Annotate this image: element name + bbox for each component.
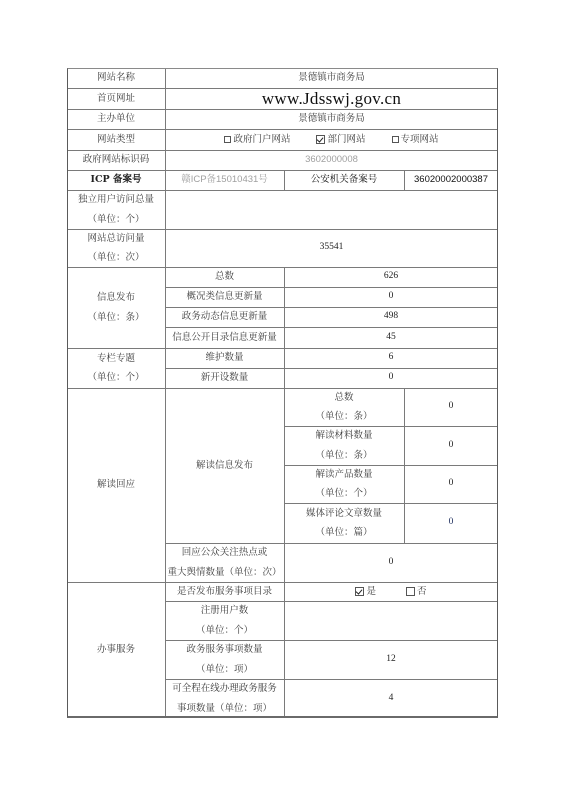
sponsor-label: 主办单位: [67, 109, 165, 129]
unit-text: （单位：次）: [87, 248, 144, 268]
service-catalog-no[interactable]: 否: [406, 582, 427, 602]
services-label: 办事服务: [67, 582, 165, 718]
label-text: 政务服务事项数量: [186, 640, 262, 660]
gov-site-id-value: 3602000008: [165, 150, 498, 170]
interp-media-value: 0: [404, 503, 498, 543]
unit-text: （单位：个）: [87, 210, 144, 230]
unit-text: （单位：个）: [315, 484, 372, 504]
topics-new-label: 新开设数量: [165, 368, 284, 388]
label-text: 可全程在线办理政务服务: [172, 679, 277, 699]
interpretation-label: 解读回应: [67, 388, 165, 582]
info-news-label: 政务动态信息更新量: [165, 307, 284, 327]
interp-materials-label: 解读材料数量 （单位：条）: [284, 426, 404, 465]
gov-site-id-label: 政府网站标识码: [67, 150, 165, 170]
registered-users-value: [284, 601, 498, 640]
info-catalog-label: 信息公开目录信息更新量: [165, 327, 284, 348]
unit-text: （单位：条）: [87, 308, 144, 328]
unique-visitors-value: [165, 190, 498, 229]
option-label: 专项网站: [401, 130, 439, 150]
interp-total-value: 0: [404, 388, 498, 426]
unit-text: （单位：个）: [196, 621, 253, 641]
label-text: 回应公众关注热点或: [182, 543, 268, 563]
interp-materials-value: 0: [404, 426, 498, 465]
public-response-label: 回应公众关注热点或 重大舆情数量（单位：次）: [165, 543, 284, 582]
label-text: 注册用户数: [201, 601, 249, 621]
service-catalog-yes[interactable]: 是: [355, 582, 376, 602]
unit-text: （单位：项）: [196, 660, 253, 680]
homepage-url-link[interactable]: www.Jdsswj.gov.cn: [165, 88, 498, 109]
interp-total-label: 总数 （单位：条）: [284, 388, 404, 426]
topics-maintained-label: 维护数量: [165, 348, 284, 368]
label-text: 总数: [334, 388, 353, 408]
site-type-option-department[interactable]: 部门网站: [316, 130, 365, 150]
site-name-label: 网站名称: [67, 68, 165, 88]
website-annual-report-table: 网站名称 景德镇市商务局 首页网址 www.Jdsswj.gov.cn 主办单位…: [67, 68, 498, 718]
service-items-value: 12: [284, 640, 498, 679]
special-topics-label: 专栏专题 （单位：个）: [67, 348, 165, 388]
public-response-value: 0: [284, 543, 498, 582]
online-items-label: 可全程在线办理政务服务 事项数量（单位：项）: [165, 679, 284, 718]
label-text: 专栏专题: [97, 349, 135, 369]
service-catalog-options: 是 否: [284, 582, 498, 601]
option-label: 是: [366, 582, 376, 602]
site-type-option-special[interactable]: 专项网站: [392, 130, 439, 150]
info-publish-label: 信息发布 （单位：条）: [67, 267, 165, 348]
site-name-value: 景德镇市商务局: [165, 68, 498, 88]
label-text: 媒体评论文章数量: [306, 504, 382, 524]
unit-text: （单位：条）: [315, 407, 372, 427]
total-visits-value: 35541: [165, 229, 498, 267]
info-total-label: 总数: [165, 267, 284, 287]
interp-media-label: 媒体评论文章数量 （单位：篇）: [284, 503, 404, 543]
topics-maintained-value: 6: [284, 348, 498, 368]
checkbox-unchecked-icon: [406, 587, 415, 596]
interp-products-value: 0: [404, 465, 498, 503]
icp-label: ICP 备案号: [67, 170, 165, 190]
info-news-value: 498: [284, 307, 498, 327]
unit-text: （单位：条）: [315, 446, 372, 466]
info-total-value: 626: [284, 267, 498, 287]
registered-users-label: 注册用户数 （单位：个）: [165, 601, 284, 640]
site-type-label: 网站类型: [67, 129, 165, 150]
unit-text: （单位：个）: [87, 368, 144, 388]
label-text: 事项数量（单位：项）: [177, 699, 272, 719]
sponsor-value: 景德镇市商务局: [165, 109, 498, 129]
checkbox-unchecked-icon: [224, 136, 231, 143]
label-text: 重大舆情数量（单位：次）: [167, 563, 281, 583]
option-label: 部门网站: [327, 130, 365, 150]
icp-value: 赣ICP备15010431号: [165, 170, 284, 190]
info-overview-value: 0: [284, 287, 498, 307]
police-record-value: 36020002000387: [404, 170, 498, 190]
checkbox-checked-icon: [355, 587, 364, 596]
info-catalog-value: 45: [284, 327, 498, 348]
online-items-value: 4: [284, 679, 498, 718]
option-label: 政府门户网站: [233, 130, 290, 150]
total-visits-label: 网站总访问量 （单位：次）: [67, 229, 165, 267]
label-text: 网站总访问量: [87, 229, 144, 249]
checkbox-unchecked-icon: [392, 136, 399, 143]
police-record-label: 公安机关备案号: [284, 170, 404, 190]
label-text: 信息发布: [97, 288, 135, 308]
checkbox-checked-icon: [316, 135, 325, 144]
unique-visitors-label: 独立用户访问总量 （单位：个）: [67, 190, 165, 229]
topics-new-value: 0: [284, 368, 498, 388]
homepage-url-label: 首页网址: [67, 88, 165, 109]
site-type-options: 政府门户网站 部门网站 专项网站: [165, 129, 498, 150]
option-label: 否: [417, 582, 427, 602]
unit-text: （单位：篇）: [315, 523, 372, 543]
site-type-option-portal[interactable]: 政府门户网站: [224, 130, 290, 150]
interp-products-label: 解读产品数量 （单位：个）: [284, 465, 404, 503]
service-items-label: 政务服务事项数量 （单位：项）: [165, 640, 284, 679]
label-text: 独立用户访问总量: [78, 190, 154, 210]
info-overview-label: 概况类信息更新量: [165, 287, 284, 307]
label-text: 解读产品数量: [315, 465, 372, 485]
service-catalog-label: 是否发布服务事项目录: [165, 582, 284, 601]
label-text: 解读材料数量: [315, 426, 372, 446]
interpretation-sub-label: 解读信息发布: [165, 388, 284, 543]
